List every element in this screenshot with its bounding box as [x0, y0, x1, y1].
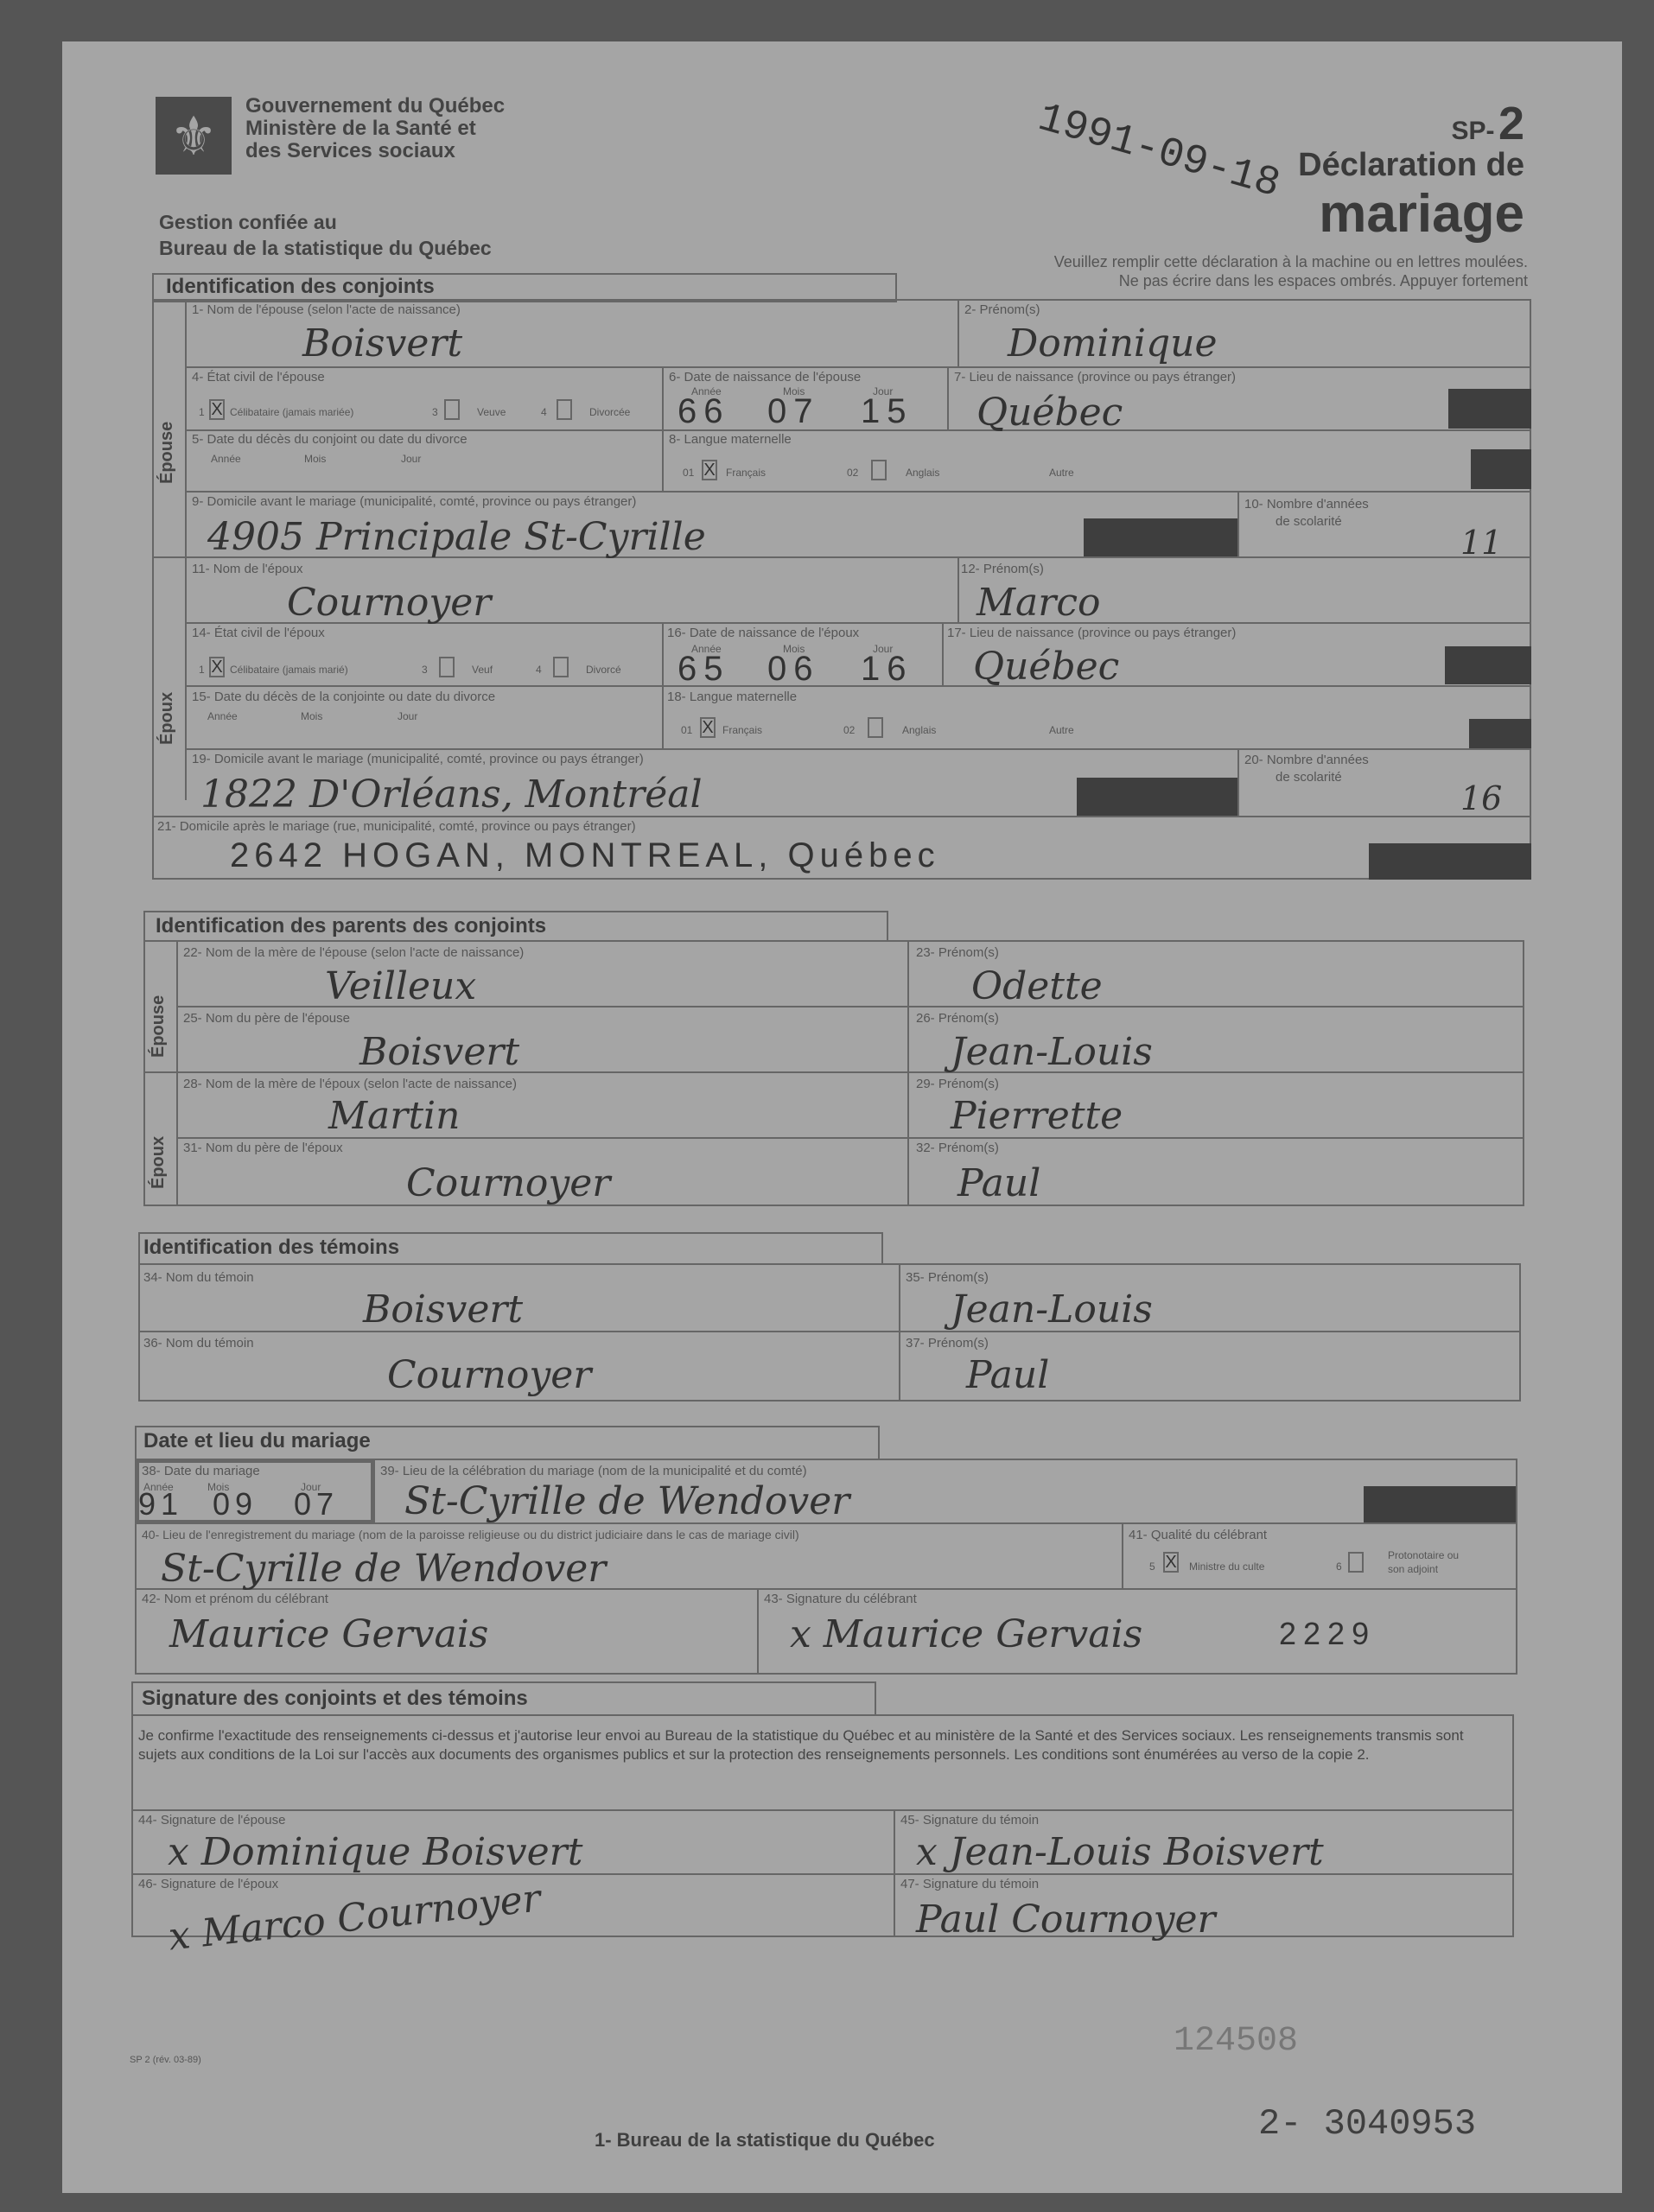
field-38-day[interactable]: 07	[294, 1486, 339, 1522]
field-7-wife-birthplace[interactable]: Québec	[976, 391, 1123, 435]
field-12-husband-firstname[interactable]: Marco	[976, 581, 1100, 625]
field-39-label: 39- Lieu de la célébration du mariage (n…	[380, 1464, 807, 1478]
wife-side-label: Épouse	[157, 422, 177, 484]
field-16-month[interactable]: 06	[767, 650, 820, 689]
field-15-label: 15- Date du décès de la conjointe ou dat…	[192, 690, 495, 704]
section-title-signatures: Signature des conjoints et des témoins	[142, 1687, 528, 1711]
section-title-marriage: Date et lieu du mariage	[143, 1429, 371, 1453]
checkbox-minister[interactable]: X	[1163, 1552, 1179, 1573]
field-45-witness1-signature[interactable]: x Jean-Louis Boisvert	[916, 1830, 1324, 1874]
field-42-label: 42- Nom et prénom du célébrant	[142, 1592, 328, 1606]
field-9-label: 9- Domicile avant le mariage (municipali…	[192, 494, 636, 509]
gov-line-3: des Services sociaux	[245, 140, 505, 162]
field-26-wife-father-firstname[interactable]: Jean-Louis	[951, 1030, 1153, 1074]
field-20-label: 20- Nombre d'années de scolarité	[1244, 752, 1369, 786]
field-37-witness2-firstname[interactable]: Paul	[966, 1353, 1049, 1397]
field-21-domicile-after[interactable]: 2642 HOGAN, MONTREAL, Québec	[230, 836, 940, 875]
field-47-label: 47- Signature du témoin	[900, 1877, 1039, 1891]
checkbox-husband-single[interactable]: X	[209, 657, 225, 677]
field-16-day[interactable]: 16	[861, 650, 913, 689]
checkbox-protonotary[interactable]	[1348, 1552, 1364, 1573]
field-12-label: 12- Prénom(s)	[961, 562, 1044, 576]
field-26-label: 26- Prénom(s)	[916, 1011, 999, 1026]
witnesses-table	[138, 1263, 1521, 1402]
management-line-1: Gestion confiée au	[159, 209, 492, 235]
field-1-label: 1- Nom de l'épouse (selon l'acte de nais…	[192, 302, 461, 317]
form-title-line-1: Déclaration de	[1298, 147, 1524, 184]
section-title-parents: Identification des parents des conjoints	[156, 914, 546, 938]
field-43-label: 43- Signature du célébrant	[764, 1592, 917, 1606]
checkbox-husband-english[interactable]	[868, 717, 883, 738]
checkbox-wife-widowed[interactable]	[444, 399, 460, 420]
field-6-label: 6- Date de naissance de l'épouse	[669, 370, 861, 385]
field-32-label: 32- Prénom(s)	[916, 1141, 999, 1155]
field-44-wife-signature[interactable]: x Dominique Boisvert	[168, 1830, 582, 1874]
field-38-label: 38- Date du mariage	[142, 1464, 260, 1478]
field-44-label: 44- Signature de l'épouse	[138, 1813, 286, 1827]
field-5-label: 5- Date du décès du conjoint ou date du …	[192, 432, 468, 447]
field-39-celebration-place[interactable]: St-Cyrille de Wendover	[404, 1479, 849, 1523]
field-17-husband-birthplace[interactable]: Québec	[973, 645, 1119, 689]
field-6-month[interactable]: 07	[767, 392, 820, 431]
field-25-wife-father-surname[interactable]: Boisvert	[359, 1030, 519, 1074]
field-14-label: 14- État civil de l'époux	[192, 626, 325, 640]
checkbox-wife-single[interactable]: X	[209, 399, 225, 420]
field-16-year[interactable]: 65	[678, 650, 730, 689]
field-31-husband-father-surname[interactable]: Cournoyer	[406, 1161, 610, 1205]
field-38-year[interactable]: 91	[138, 1486, 183, 1522]
field-11-label: 11- Nom de l'époux	[192, 562, 303, 576]
field-17-label: 17- Lieu de naissance (province ou pays …	[947, 626, 1236, 640]
field-47-witness2-signature[interactable]: Paul Cournoyer	[916, 1897, 1216, 1942]
husband-side-label: Époux	[157, 692, 177, 745]
field-34-label: 34- Nom du témoin	[143, 1270, 254, 1285]
form-code-number: 2	[1498, 98, 1524, 149]
field-40-registration-place[interactable]: St-Cyrille de Wendover	[161, 1547, 606, 1591]
field-16-label: 16- Date de naissance de l'époux	[667, 626, 859, 640]
registration-number: 2- 3040953	[1258, 2103, 1476, 2145]
consent-statement: Je confirme l'exactitude des renseigneme…	[138, 1726, 1504, 1764]
field-18-label: 18- Langue maternelle	[667, 690, 797, 704]
management-line-2: Bureau de la statistique du Québec	[159, 235, 492, 261]
field-42-celebrant-name[interactable]: Maurice Gervais	[169, 1612, 488, 1656]
instruction-line-2: Ne pas écrire dans les espaces ombrés. A…	[1054, 271, 1528, 290]
checkbox-wife-english[interactable]	[871, 460, 887, 480]
copy-label: 1- Bureau de la statistique du Québec	[595, 2129, 935, 2152]
checkbox-husband-widowed[interactable]	[439, 657, 455, 677]
field-6-day[interactable]: 15	[861, 392, 913, 431]
section-title-spouses: Identification des conjoints	[166, 275, 435, 299]
field-46-label: 46- Signature de l'époux	[138, 1877, 278, 1891]
field-25-label: 25- Nom du père de l'épouse	[183, 1011, 350, 1026]
field-4-label: 4- État civil de l'épouse	[192, 370, 325, 385]
field-8-label: 8- Langue maternelle	[669, 432, 792, 447]
wife-single-label: Célibataire (jamais mariée)	[230, 406, 353, 418]
field-45-label: 45- Signature du témoin	[900, 1813, 1039, 1827]
field-22-wife-mother-surname[interactable]: Veilleux	[325, 964, 476, 1008]
field-28-label: 28- Nom de la mère de l'époux (selon l'a…	[183, 1077, 517, 1091]
checkbox-husband-french[interactable]: X	[700, 717, 716, 738]
checkbox-wife-divorced[interactable]	[557, 399, 572, 420]
field-31-label: 31- Nom du père de l'époux	[183, 1141, 343, 1155]
field-2-wife-firstname[interactable]: Dominique	[1008, 321, 1218, 365]
form-revision: SP 2 (rév. 03-89)	[130, 2055, 201, 2065]
field-41-label: 41- Qualité du célébrant	[1129, 1528, 1267, 1542]
instruction-line-1: Veuillez remplir cette déclaration à la …	[1054, 252, 1528, 271]
field-40-label: 40- Lieu de l'enregistrement du mariage …	[142, 1528, 799, 1541]
field-10-label: 10- Nombre d'années de scolarité	[1244, 496, 1369, 531]
wife-divorced-label: Divorcée	[589, 406, 630, 418]
checkbox-husband-divorced[interactable]	[553, 657, 569, 677]
field-6-year[interactable]: 66	[678, 392, 730, 431]
field-9-wife-domicile[interactable]: 4905 Principale St-Cyrille	[207, 515, 706, 559]
field-29-label: 29- Prénom(s)	[916, 1077, 999, 1091]
wife-widowed-label: Veuve	[477, 406, 506, 418]
field-2-label: 2- Prénom(s)	[964, 302, 1040, 317]
field-36-witness2-surname[interactable]: Cournoyer	[387, 1353, 591, 1397]
field-20-husband-schooling[interactable]: 16	[1460, 779, 1502, 817]
field-19-label: 19- Domicile avant le mariage (municipal…	[192, 752, 644, 766]
field-1-wife-surname[interactable]: Boisvert	[302, 321, 462, 365]
field-35-witness1-firstname[interactable]: Jean-Louis	[951, 1287, 1153, 1332]
form-title-line-2: mariage	[1319, 183, 1524, 245]
field-38-month[interactable]: 09	[213, 1486, 258, 1522]
stamp-number: 124508	[1174, 2022, 1298, 2061]
field-29-husband-mother-firstname[interactable]: Pierrette	[951, 1094, 1123, 1138]
field-10-wife-schooling[interactable]: 11	[1460, 524, 1502, 562]
field-43-celebrant-number[interactable]: 2229	[1279, 1616, 1376, 1652]
field-23-wife-mother-firstname[interactable]: Odette	[971, 964, 1103, 1008]
field-36-label: 36- Nom du témoin	[143, 1336, 254, 1351]
form-code-prefix: SP-	[1451, 117, 1494, 145]
field-35-label: 35- Prénom(s)	[906, 1270, 989, 1285]
field-19-husband-domicile[interactable]: 1822 D'Orléans, Montréal	[200, 772, 703, 817]
field-23-label: 23- Prénom(s)	[916, 945, 999, 960]
field-7-label: 7- Lieu de naissance (province ou pays é…	[954, 370, 1236, 385]
quebec-fleur-de-lis-logo: ⚜	[156, 97, 232, 175]
field-43-celebrant-signature[interactable]: x Maurice Gervais	[790, 1612, 1142, 1656]
field-32-husband-father-firstname[interactable]: Paul	[957, 1161, 1040, 1205]
section-title-witnesses: Identification des témoins	[143, 1236, 399, 1260]
shaded-area	[1448, 389, 1531, 429]
field-28-husband-mother-surname[interactable]: Martin	[328, 1094, 460, 1138]
gov-line-1: Gouvernement du Québec	[245, 95, 505, 118]
field-21-label: 21- Domicile après le mariage (rue, muni…	[157, 819, 636, 834]
field-11-husband-surname[interactable]: Cournoyer	[287, 581, 491, 625]
field-37-label: 37- Prénom(s)	[906, 1336, 989, 1351]
field-34-witness1-surname[interactable]: Boisvert	[363, 1287, 523, 1332]
field-22-label: 22- Nom de la mère de l'épouse (selon l'…	[183, 945, 524, 960]
gov-line-2: Ministère de la Santé et	[245, 118, 505, 140]
checkbox-wife-french[interactable]: X	[702, 460, 717, 480]
